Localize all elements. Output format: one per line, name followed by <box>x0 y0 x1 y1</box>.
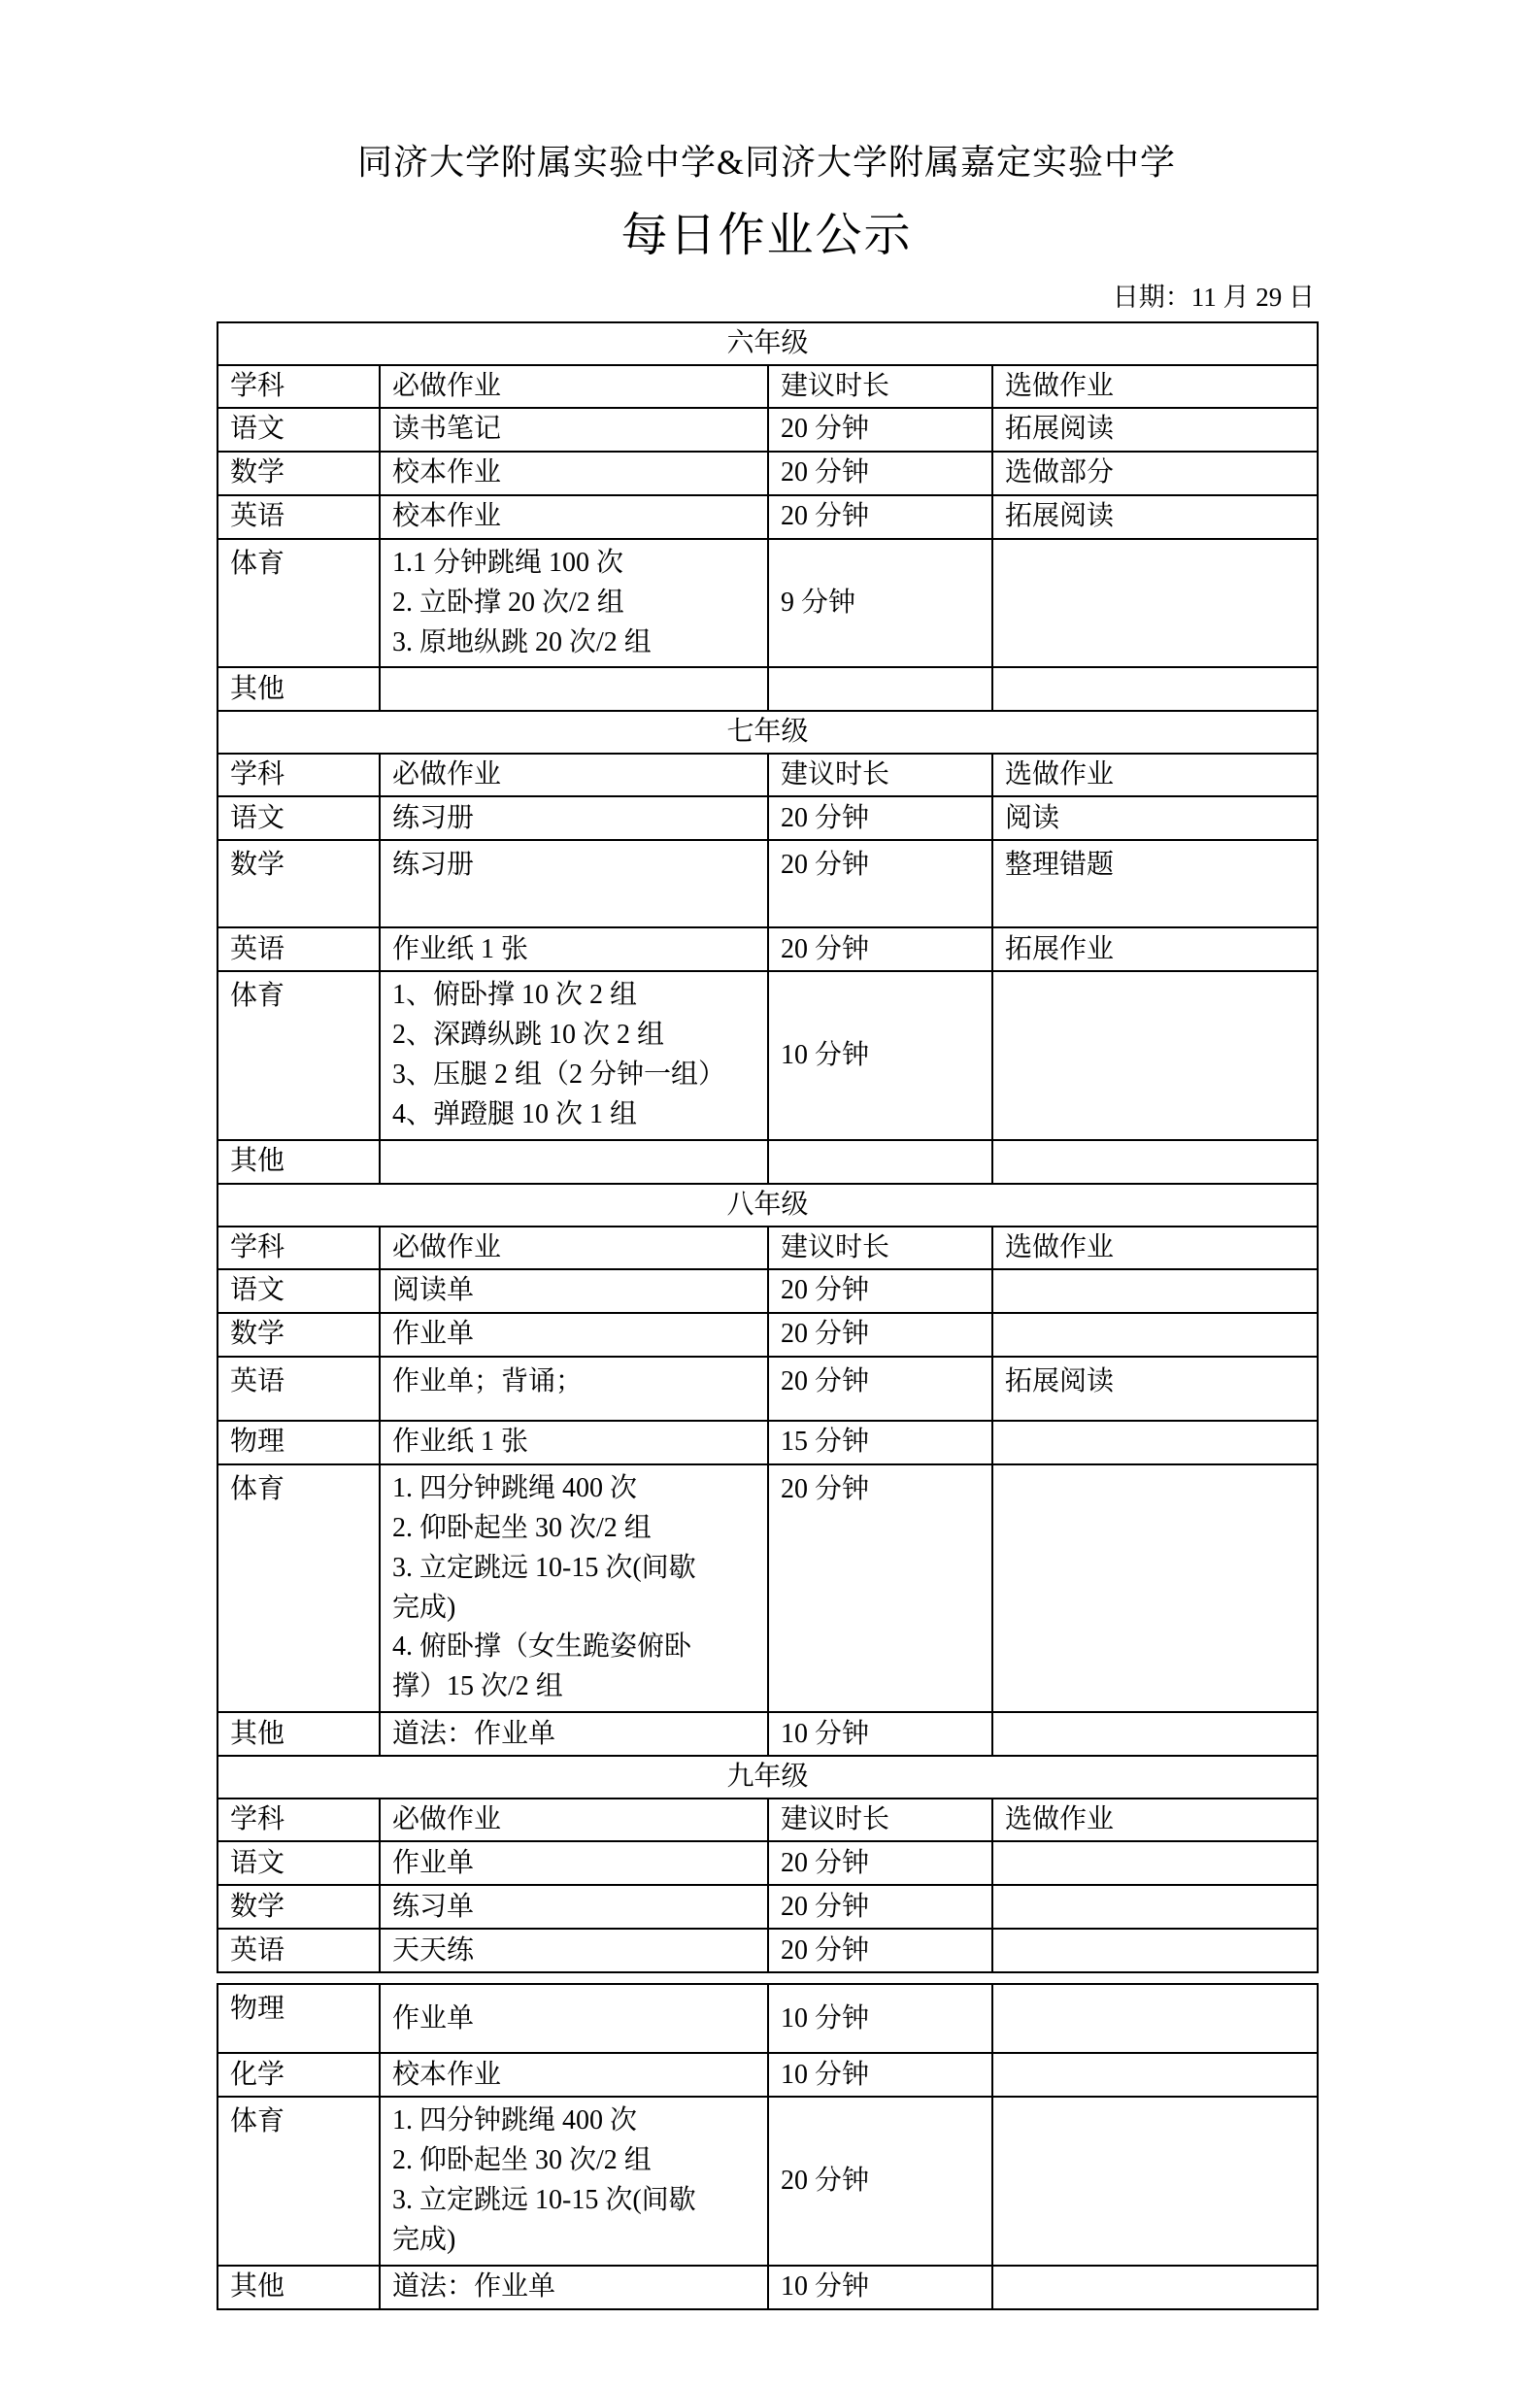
cell-duration: 20 分钟 <box>768 452 992 495</box>
cell-duration: 10 分钟 <box>768 1712 992 1756</box>
cell-required: 1. 四分钟跳绳 400 次 2. 仰卧起坐 30 次/2 组 3. 立定跳远 … <box>380 2097 768 2266</box>
cell-duration: 9 分钟 <box>768 539 992 668</box>
cell-duration <box>768 667 992 711</box>
cell-required: 天天练 <box>380 1929 768 1972</box>
cell-required: 练习单 <box>380 1885 768 1929</box>
cell-duration: 20 分钟 <box>768 1357 992 1421</box>
cell-duration: 20 分钟 <box>768 796 992 840</box>
cell-required <box>380 667 768 711</box>
cell-optional <box>992 1929 1318 1972</box>
cell-optional <box>992 1464 1318 1712</box>
page-title: 每日作业公示 <box>217 209 1317 262</box>
cell-duration: 20 分钟 <box>768 1885 992 1929</box>
cell-optional: 选做部分 <box>992 452 1318 495</box>
cell-optional <box>992 1269 1318 1313</box>
column-header-row: 学科必做作业建议时长选做作业 <box>218 754 1318 796</box>
cell-optional <box>992 2097 1318 2266</box>
table-row: 其他道法：作业单10 分钟 <box>218 2266 1318 2309</box>
table-row: 语文练习册20 分钟阅读 <box>218 796 1318 840</box>
cell-subject: 语文 <box>218 408 380 452</box>
section-title-row: 八年级 <box>218 1184 1318 1227</box>
cell-duration: 20 分钟 <box>768 1269 992 1313</box>
cell-duration: 20 分钟 <box>768 408 992 452</box>
column-header: 建议时长 <box>768 1227 992 1269</box>
cell-subject: 英语 <box>218 1357 380 1421</box>
table-row: 其他 <box>218 1140 1318 1184</box>
grade-title: 八年级 <box>218 1184 1318 1227</box>
cell-optional <box>992 539 1318 668</box>
cell-subject: 其他 <box>218 1712 380 1756</box>
cell-required: 练习册 <box>380 840 768 927</box>
cell-optional <box>992 1984 1318 2053</box>
cell-subject: 数学 <box>218 1313 380 1357</box>
cell-required: 练习册 <box>380 796 768 840</box>
grade-title: 七年级 <box>218 711 1318 754</box>
table-row: 数学作业单20 分钟 <box>218 1313 1318 1357</box>
cell-required: 作业单 <box>380 1841 768 1885</box>
cell-subject: 体育 <box>218 2097 380 2266</box>
cell-subject: 其他 <box>218 1140 380 1184</box>
column-header: 学科 <box>218 1227 380 1269</box>
column-header: 必做作业 <box>380 365 768 408</box>
table-row: 其他道法：作业单10 分钟 <box>218 1712 1318 1756</box>
grade-title: 九年级 <box>218 1756 1318 1799</box>
cell-duration: 20 分钟 <box>768 1841 992 1885</box>
cell-optional: 阅读 <box>992 796 1318 840</box>
table-row: 其他 <box>218 667 1318 711</box>
cell-required: 作业纸 1 张 <box>380 927 768 971</box>
cell-optional: 拓展阅读 <box>992 495 1318 539</box>
cell-required <box>380 1140 768 1184</box>
table-row: 体育1. 四分钟跳绳 400 次 2. 仰卧起坐 30 次/2 组 3. 立定跳… <box>218 1464 1318 1712</box>
cell-subject: 物理 <box>218 1421 380 1464</box>
cell-required: 校本作业 <box>380 452 768 495</box>
cell-required: 作业单；背诵； <box>380 1357 768 1421</box>
table-row: 英语天天练20 分钟 <box>218 1929 1318 1972</box>
cell-duration: 10 分钟 <box>768 971 992 1140</box>
column-header: 选做作业 <box>992 1799 1318 1841</box>
cell-required: 道法：作业单 <box>380 2266 768 2309</box>
cell-subject: 语文 <box>218 796 380 840</box>
cell-required: 校本作业 <box>380 2053 768 2097</box>
table-row: 体育1.1 分钟跳绳 100 次 2. 立卧撑 20 次/2 组 3. 原地纵跳… <box>218 539 1318 668</box>
cell-duration: 10 分钟 <box>768 1984 992 2053</box>
cell-required: 读书笔记 <box>380 408 768 452</box>
cell-subject: 数学 <box>218 840 380 927</box>
cell-optional: 拓展作业 <box>992 927 1318 971</box>
column-header-row: 学科必做作业建议时长选做作业 <box>218 365 1318 408</box>
column-header: 建议时长 <box>768 1799 992 1841</box>
cell-optional <box>992 1140 1318 1184</box>
cell-optional: 拓展阅读 <box>992 1357 1318 1421</box>
cell-optional <box>992 667 1318 711</box>
column-header: 学科 <box>218 1799 380 1841</box>
cell-duration: 20 分钟 <box>768 1929 992 1972</box>
table-row: 语文阅读单20 分钟 <box>218 1269 1318 1313</box>
cell-duration: 20 分钟 <box>768 1464 992 1712</box>
column-header: 选做作业 <box>992 365 1318 408</box>
cell-duration: 20 分钟 <box>768 927 992 971</box>
cell-required: 1.1 分钟跳绳 100 次 2. 立卧撑 20 次/2 组 3. 原地纵跳 2… <box>380 539 768 668</box>
cell-duration: 10 分钟 <box>768 2053 992 2097</box>
table-row: 化学校本作业10 分钟 <box>218 2053 1318 2097</box>
column-header: 建议时长 <box>768 365 992 408</box>
cell-optional <box>992 1885 1318 1929</box>
table-row: 英语作业单；背诵；20 分钟拓展阅读 <box>218 1357 1318 1421</box>
cell-subject: 数学 <box>218 452 380 495</box>
table-row: 物理作业单10 分钟 <box>218 1984 1318 2053</box>
table-row: 英语校本作业20 分钟拓展阅读 <box>218 495 1318 539</box>
cell-subject: 体育 <box>218 539 380 668</box>
cell-optional <box>992 1712 1318 1756</box>
cell-required: 1、俯卧撑 10 次 2 组 2、深蹲纵跳 10 次 2 组 3、压腿 2 组（… <box>380 971 768 1140</box>
column-header: 选做作业 <box>992 754 1318 796</box>
cell-duration: 15 分钟 <box>768 1421 992 1464</box>
cell-subject: 其他 <box>218 667 380 711</box>
section-title-row: 七年级 <box>218 711 1318 754</box>
cell-duration <box>768 1140 992 1184</box>
column-header: 建议时长 <box>768 754 992 796</box>
section-title-row: 九年级 <box>218 1756 1318 1799</box>
column-header: 学科 <box>218 754 380 796</box>
homework-table-main: 六年级学科必做作业建议时长选做作业语文读书笔记20 分钟拓展阅读数学校本作业20… <box>217 321 1319 1973</box>
cell-subject: 体育 <box>218 971 380 1140</box>
column-header: 必做作业 <box>380 1227 768 1269</box>
school-name-heading: 同济大学附属实验中学&同济大学附属嘉定实验中学 <box>217 0 1317 184</box>
cell-subject: 语文 <box>218 1269 380 1313</box>
cell-duration: 20 分钟 <box>768 495 992 539</box>
table-row: 体育1. 四分钟跳绳 400 次 2. 仰卧起坐 30 次/2 组 3. 立定跳… <box>218 2097 1318 2266</box>
cell-duration: 20 分钟 <box>768 2097 992 2266</box>
date-label: 日期：11 月 29 日 <box>217 282 1317 313</box>
cell-subject: 数学 <box>218 1885 380 1929</box>
cell-optional <box>992 2053 1318 2097</box>
column-header: 必做作业 <box>380 754 768 796</box>
cell-optional <box>992 971 1318 1140</box>
cell-subject: 体育 <box>218 1464 380 1712</box>
table-row: 英语作业纸 1 张20 分钟拓展作业 <box>218 927 1318 971</box>
cell-subject: 化学 <box>218 2053 380 2097</box>
cell-optional: 整理错题 <box>992 840 1318 927</box>
table-row: 语文读书笔记20 分钟拓展阅读 <box>218 408 1318 452</box>
table-row: 语文作业单20 分钟 <box>218 1841 1318 1885</box>
cell-required: 校本作业 <box>380 495 768 539</box>
cell-optional <box>992 1421 1318 1464</box>
table-row: 数学练习单20 分钟 <box>218 1885 1318 1929</box>
column-header: 必做作业 <box>380 1799 768 1841</box>
cell-required: 作业单 <box>380 1984 768 2053</box>
grade-title: 六年级 <box>218 322 1318 365</box>
document-page: 同济大学附属实验中学&同济大学附属嘉定实验中学 每日作业公示 日期：11 月 2… <box>0 0 1540 2387</box>
cell-optional <box>992 1313 1318 1357</box>
cell-subject: 英语 <box>218 495 380 539</box>
cell-subject: 语文 <box>218 1841 380 1885</box>
cell-optional <box>992 1841 1318 1885</box>
column-header-row: 学科必做作业建议时长选做作业 <box>218 1227 1318 1269</box>
table-row: 体育1、俯卧撑 10 次 2 组 2、深蹲纵跳 10 次 2 组 3、压腿 2 … <box>218 971 1318 1140</box>
column-header: 学科 <box>218 365 380 408</box>
cell-subject: 英语 <box>218 927 380 971</box>
cell-required: 1. 四分钟跳绳 400 次 2. 仰卧起坐 30 次/2 组 3. 立定跳远 … <box>380 1464 768 1712</box>
homework-table-grade9-continued: 物理作业单10 分钟化学校本作业10 分钟体育1. 四分钟跳绳 400 次 2.… <box>217 1983 1319 2310</box>
column-header-row: 学科必做作业建议时长选做作业 <box>218 1799 1318 1841</box>
cell-duration: 10 分钟 <box>768 2266 992 2309</box>
cell-duration: 20 分钟 <box>768 1313 992 1357</box>
table-row: 数学校本作业20 分钟选做部分 <box>218 452 1318 495</box>
section-title-row: 六年级 <box>218 322 1318 365</box>
column-header: 选做作业 <box>992 1227 1318 1269</box>
document-content: 同济大学附属实验中学&同济大学附属嘉定实验中学 每日作业公示 日期：11 月 2… <box>217 0 1317 2310</box>
cell-required: 道法：作业单 <box>380 1712 768 1756</box>
cell-optional <box>992 2266 1318 2309</box>
cell-subject: 英语 <box>218 1929 380 1972</box>
cell-duration: 20 分钟 <box>768 840 992 927</box>
cell-required: 作业单 <box>380 1313 768 1357</box>
cell-subject: 物理 <box>218 1984 380 2053</box>
cell-optional: 拓展阅读 <box>992 408 1318 452</box>
cell-required: 阅读单 <box>380 1269 768 1313</box>
table-row: 物理作业纸 1 张15 分钟 <box>218 1421 1318 1464</box>
table-row: 数学练习册20 分钟整理错题 <box>218 840 1318 927</box>
cell-required: 作业纸 1 张 <box>380 1421 768 1464</box>
cell-subject: 其他 <box>218 2266 380 2309</box>
